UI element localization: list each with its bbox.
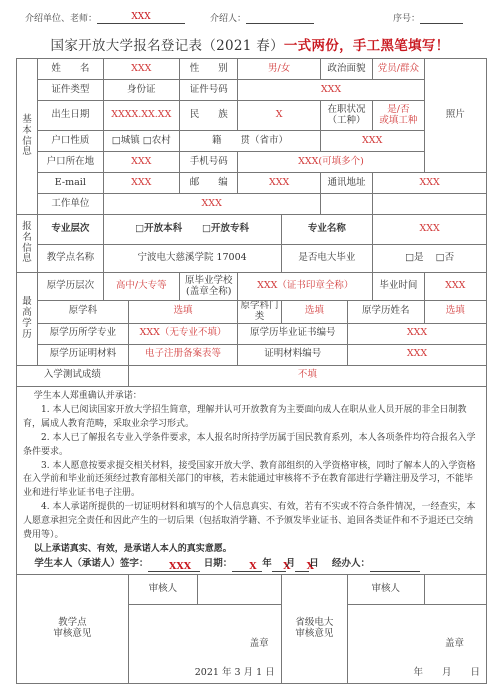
level-label: 专业层次 [38,215,103,245]
ethnic-label: 民 族 [180,101,238,131]
hukou-type-options: □城镇 □农村 [103,131,179,152]
birth-field[interactable]: XXXX.XX.XX [103,101,179,131]
proof-label: 原学历证明材料 [38,344,129,365]
site-label: 教学点名称 [38,245,103,273]
pledge-item-4: 4. 本人承诺所提供的一切证明材料和填写的个人信息真实、有效，若有不实或不符合条… [23,501,480,543]
entrance-label: 入学测试成绩 [17,365,129,386]
category-field[interactable]: 选填 [281,301,347,324]
signature-label: 学生本人（承诺人）签字： [34,558,148,569]
row-prev-major: 原学历所学专业 XXX（无专业不填） 原学历毕业证书编号 XXX [17,323,487,344]
serial-field[interactable] [420,12,463,24]
page-title: 国家开放大学报名登记表（2021 春）一式两份，手工黑笔填写！ [0,34,500,54]
row-entrance: 入学测试成绩 不填 [17,365,487,386]
employment-field[interactable]: 是/否或填工种 [373,101,424,131]
level-undergrad-checkbox[interactable]: □开放本科 [135,223,182,234]
address-field[interactable]: XXX [373,173,487,194]
grad-time-label: 毕业时间 [373,273,424,301]
prov-review-date: 年 月 日 [413,668,480,679]
row-level: 报名信息 专业层次 □开放本科 □开放专科 专业名称 XXX [17,215,487,245]
id-number-field[interactable]: XXX [238,80,424,101]
introducer-field[interactable] [246,12,314,24]
gender-label: 性 别 [180,59,238,80]
prov-review-label: 省级电大审核意见 [281,574,347,683]
cert-no-field[interactable]: XXX [348,323,487,344]
address-label: 通讯地址 [320,173,372,194]
day-field[interactable]: X [295,560,309,572]
introducer-label: 介绍人： [210,14,246,24]
prov-stamp-label: 盖章 [445,639,464,650]
prov-review-opinion[interactable]: 盖章 年 月 日 [348,604,487,683]
email-label: E-mail [38,173,103,194]
political-label: 政治面貌 [320,59,372,80]
school-label: 原毕业学校(盖章全称) [180,273,238,301]
introducer-unit-field[interactable]: XXX [97,12,185,24]
row-birth: 出生日期 XXXX.XX.XX 民 族 X 在职状况（工种） 是/否或填工种 [17,101,487,131]
row-hukou: 户口性质 □城镇 □农村 籍 贯（省市） XXX [17,131,487,152]
registration-form: 基本信息 姓 名 XXX 性 别 男/女 政治面貌 党员/群众 照片 证件类型 … [16,58,487,684]
name-label: 姓 名 [38,59,103,80]
prov-reviewer-label: 审核人 [348,574,425,604]
edu-level-label: 原学历层次 [38,273,103,301]
rtvu-grad-options: □是 □否 [373,245,487,273]
name-field[interactable]: XXX [103,59,179,80]
category-label: 原学科门类 [238,301,281,324]
rtvu-grad-label: 是否电大毕业 [281,245,373,273]
hukou-location-field[interactable]: XXX [103,152,179,173]
row-reviewer: 教学点审核意见 审核人 省级电大审核意见 审核人 [17,574,487,604]
pledge-conclusion: 以上承诺真实、有效，是承诺人本人的真实意愿。 [23,543,480,557]
section-basic-info: 基本信息 [17,59,38,215]
id-type-field[interactable]: 身份证 [103,80,179,101]
site-review-label: 教学点审核意见 [17,574,129,683]
introducer: 介绍人： [210,11,314,24]
handler-label: 经办人： [332,558,370,569]
level-college-checkbox[interactable]: □开放专科 [202,223,249,234]
prev-name-label: 原学历姓名 [348,301,425,324]
site-reviewer-label: 审核人 [128,574,197,604]
site-review-opinion[interactable]: 盖章 2021 年 3 月 1 日 [128,604,281,683]
row-name: 基本信息 姓 名 XXX 性 别 男/女 政治面貌 党员/群众 照片 [17,59,487,80]
gender-field[interactable]: 男/女 [238,59,320,80]
grad-time-field[interactable]: XXX [424,273,486,301]
row-email: E-mail XXX 邮 编 XXX 通讯地址 XXX [17,173,487,194]
email-field[interactable]: XXX [103,173,179,194]
pledge-item-3: 3. 本人愿意按要求提交相关材料，接受国家开放大学、教育部组织的入学资格审核，同… [23,460,480,502]
rtvu-yes-checkbox[interactable]: □是 [405,252,423,263]
zip-label: 邮 编 [180,173,238,194]
site-stamp-label: 盖章 [250,639,269,650]
site-review-date: 2021 年 3 月 1 日 [195,668,275,679]
proof-no-label: 证明材料编号 [238,344,348,365]
id-number-label: 证件号码 [180,80,238,101]
native-place-label: 籍 贯（省市） [180,131,321,152]
month-field[interactable]: X [272,560,286,572]
discipline-field[interactable]: 选填 [128,301,238,324]
introducer-unit: 介绍单位、老师：XXX [25,11,185,24]
hukou-type-label: 户口性质 [38,131,103,152]
date-label: 日期： [204,558,233,569]
work-field[interactable]: XXX [103,194,320,215]
signature-field[interactable]: XXX [148,560,200,572]
pledge-item-2: 2. 本人已了解报名专业入学条件要求，本人报名时所持学历属于国民教育系列，本人各… [23,432,480,460]
school-field[interactable]: XXX（证书印章全称） [238,273,373,301]
row-pledge: 学生本人郑重确认并承诺： 1. 本人已阅读国家开放大学招生简章，理解并认可开放教… [17,386,487,574]
discipline-label: 原学科 [38,301,129,324]
major-label: 专业名称 [281,215,373,245]
zip-field[interactable]: XXX [238,173,320,194]
phone-field[interactable]: XXX(可填多个) [238,152,424,173]
handler-field[interactable] [370,560,420,572]
row-site: 教学点名称 宁波电大慈溪学院 17004 是否电大毕业 □是 □否 [17,245,487,273]
prev-major-label: 原学历所学专业 [38,323,129,344]
serial-label: 序号： [393,14,420,24]
entrance-field[interactable]: 不填 [128,365,486,386]
row-edu-level: 最高学历 原学历层次 高中/大专等 原毕业学校(盖章全称) XXX（证书印章全称… [17,273,487,301]
employment-label: 在职状况（工种） [320,101,372,131]
ethnic-field[interactable]: X [238,101,320,131]
row-hukou-location: 户口所在地 XXX 手机号码 XXX(可填多个) [17,152,487,173]
row-work: 工作单位 XXX [17,194,487,215]
edu-level-field[interactable]: 高中/大专等 [103,273,179,301]
pledge-intro: 学生本人郑重确认并承诺： [23,390,480,404]
title-main: 国家开放大学报名登记表（2021 春） [51,38,284,54]
native-place-field[interactable]: XXX [320,131,424,152]
birth-label: 出生日期 [38,101,103,131]
work-label: 工作单位 [38,194,103,215]
pledge-item-1: 1. 本人已阅读国家开放大学招生简章，理解并认可开放教育为主要面向成人在职从业人… [23,404,480,432]
row-discipline: 原学科 选填 原学科门类 选填 原学历姓名 选填 [17,301,487,324]
hukou-urban-checkbox[interactable]: □城镇 [112,135,140,146]
title-note: 一式两份，手工黑笔填写！ [284,38,450,54]
prev-name-field[interactable]: 选填 [424,301,486,324]
id-type-label: 证件类型 [38,80,103,101]
prev-major-field[interactable]: XXX（无专业不填） [128,323,238,344]
work-blank-2[interactable] [373,194,487,215]
political-field[interactable]: 党员/群众 [373,59,424,80]
signature-line: 学生本人（承诺人）签字：XXX 日期：X年X月X日 经办人： [23,557,480,572]
major-field[interactable]: XXX [373,215,487,245]
proof-field[interactable]: 电子注册备案表等 [128,344,238,365]
proof-no-field[interactable]: XXX [348,344,487,365]
hukou-rural-checkbox[interactable]: □农村 [143,135,171,146]
year-field[interactable]: X [232,560,262,572]
hukou-location-label: 户口所在地 [38,152,103,173]
site-reviewer-field[interactable] [198,574,282,604]
site-field[interactable]: 宁波电大慈溪学院 17004 [103,245,281,273]
row-id: 证件类型 身份证 证件号码 XXX [17,80,487,101]
serial-number: 序号： [393,11,463,24]
work-blank-1[interactable] [320,194,372,215]
section-enroll-info: 报名信息 [17,215,38,273]
section-education: 最高学历 [17,273,38,366]
row-proof: 原学历证明材料 电子注册备案表等 证明材料编号 XXX [17,344,487,365]
cert-no-label: 原学历毕业证书编号 [238,323,348,344]
level-options: □开放本科 □开放专科 [103,215,281,245]
prov-reviewer-field[interactable] [424,574,486,604]
introducer-unit-label: 介绍单位、老师： [25,14,97,24]
rtvu-no-checkbox[interactable]: □否 [436,252,454,263]
pledge-block: 学生本人郑重确认并承诺： 1. 本人已阅读国家开放大学招生简章，理解并认可开放教… [17,386,487,574]
phone-label: 手机号码 [180,152,238,173]
photo-box[interactable]: 照片 [424,59,486,173]
